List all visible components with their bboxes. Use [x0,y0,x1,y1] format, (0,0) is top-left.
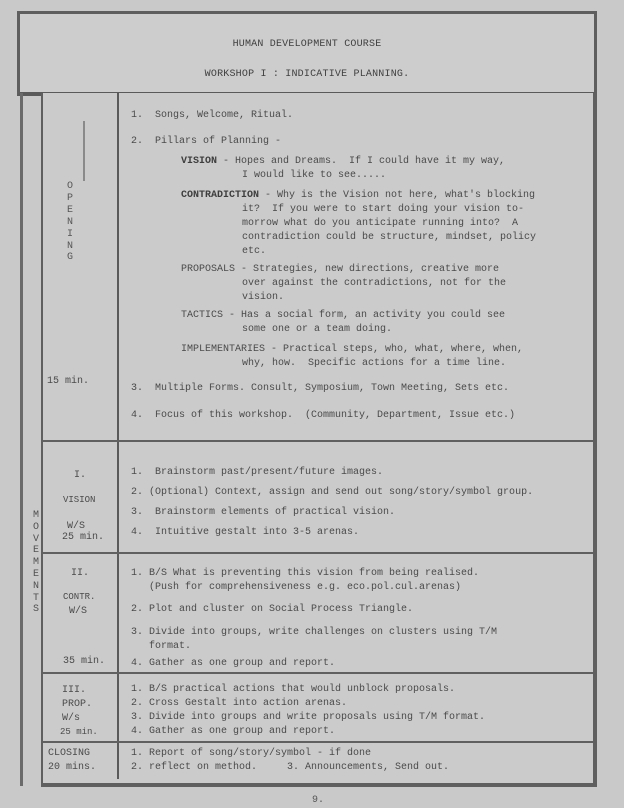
implementaries-text: - Practical steps, who, what, where, whe… [265,344,523,355]
proposals-item-3: 3. Divide into groups and write proposal… [131,712,485,723]
implementaries-text-2: why, how. Specific actions for a time li… [242,358,506,369]
vision-num: I. [74,470,86,481]
contradiction-term: CONTRADICTION [181,190,259,201]
vision-item-1: 1. Brainstorm past/present/future images… [131,467,383,478]
vision-term: VISION [181,156,217,167]
contradiction-ws: W/S [69,606,87,617]
contradiction-definition: CONTRADICTION - Why is the Vision not he… [181,190,535,201]
vision-label-cell: I. VISION W/S 25 min. [43,442,119,552]
closing-time: 20 mins. [48,762,96,773]
contradiction-item-1: 1. B/S What is preventing this vision fr… [131,568,479,579]
proposals-term: PROPOSALS [181,264,235,275]
proposals-name: PROP. [62,699,92,710]
proposals-definition: PROPOSALS - Strategies, new directions, … [181,264,499,275]
vision-item-4: 4. Intuitive gestalt into 3-5 arenas. [131,527,359,538]
vision-time: 25 min. [62,532,104,543]
proposals-content: 1. B/S practical actions that would unbl… [119,674,593,741]
tactics-term: TACTICS [181,310,223,321]
contradiction-item-1b: (Push for comprehensiveness e.g. eco.pol… [131,582,461,593]
opening-item-4: 4. Focus of this workshop. (Community, D… [131,410,515,421]
contradiction-content: 1. B/S What is preventing this vision fr… [119,554,593,672]
opening-content: 1. Songs, Welcome, Ritual. 2. Pillars of… [119,93,593,440]
closing-label-cell: CLOSING 20 mins. [43,743,119,779]
row-opening: OPENING 15 min. 1. Songs, Welcome, Ritua… [43,93,593,442]
proposals-num: III. [62,685,86,696]
vision-text-2: I would like to see..... [242,170,386,181]
contradiction-item-3: 3. Divide into groups, write challenges … [131,627,497,638]
closing-name: CLOSING [48,748,90,759]
proposals-item-1: 1. B/S practical actions that would unbl… [131,684,455,695]
proposals-item-4: 4. Gather as one group and report. [131,726,335,737]
contradiction-item-4: 4. Gather as one group and report. [131,658,335,669]
contradiction-text-4: contradiction could be structure, mindse… [242,232,536,243]
opening-item-2: 2. Pillars of Planning - [131,136,281,147]
document-page: HUMAN DEVELOPMENT COURSE WORKSHOP I : IN… [0,0,624,808]
opening-item-3: 3. Multiple Forms. Consult, Symposium, T… [131,383,509,394]
opening-label-cell: OPENING 15 min. [43,93,119,440]
implementaries-term: IMPLEMENTARIES [181,344,265,355]
proposals-text-3: vision. [242,292,284,303]
tactics-text: - Has a social form, an activity you cou… [223,310,505,321]
row-contradiction: II. CONTR. W/S 35 min. 1. B/S What is pr… [43,554,593,674]
contradiction-text: - Why is the Vision not here, what's blo… [259,190,535,201]
closing-item-1: 1. Report of song/story/symbol - if done [131,748,371,759]
header-box: HUMAN DEVELOPMENT COURSE WORKSHOP I : IN… [17,11,597,96]
proposals-time: 25 min. [60,727,98,737]
proposals-label-cell: III. PROP. W/s 25 min. [43,674,119,741]
opening-label: OPENING [65,181,75,264]
closing-content: 1. Report of song/story/symbol - if done… [119,743,593,779]
course-title: HUMAN DEVELOPMENT COURSE [20,39,594,50]
vision-definition: VISION - Hopes and Dreams. If I could ha… [181,156,505,167]
workshop-title: WORKSHOP I : INDICATIVE PLANNING. [20,69,594,80]
tactics-text-2: some one or a team doing. [242,324,392,335]
closing-item-2: 2. reflect on method. 3. Announcements, … [131,762,449,773]
contradiction-time: 35 min. [63,656,105,667]
page-number: 9. [312,795,324,806]
proposals-item-2: 2. Cross Gestalt into action arenas. [131,698,347,709]
contradiction-text-3: morrow what do you anticipate running in… [242,218,518,229]
vision-item-3: 3. Brainstorm elements of practical visi… [131,507,395,518]
row-vision: I. VISION W/S 25 min. 1. Brainstorm past… [43,442,593,554]
tactics-definition: TACTICS - Has a social form, an activity… [181,310,505,321]
contradiction-item-3b: format. [131,641,191,652]
vision-item-2: 2. (Optional) Context, assign and send o… [131,487,533,498]
vision-text: - Hopes and Dreams. If I could have it m… [217,156,505,167]
pen-mark [83,121,85,181]
contradiction-item-2: 2. Plot and cluster on Social Process Tr… [131,604,413,615]
vision-name: VISION [63,495,95,505]
contradiction-text-2: it? If you were to start doing your visi… [242,204,524,215]
schedule-table: OPENING 15 min. 1. Songs, Welcome, Ritua… [41,93,597,787]
contradiction-label-cell: II. CONTR. W/S 35 min. [43,554,119,672]
contradiction-text-5: etc. [242,246,266,257]
opening-time: 15 min. [47,376,89,387]
contradiction-num: II. [71,568,89,579]
implementaries-definition: IMPLEMENTARIES - Practical steps, who, w… [181,344,523,355]
vision-ws: W/S [67,521,85,532]
row-closing: CLOSING 20 mins. 1. Report of song/story… [43,743,593,779]
opening-item-1: 1. Songs, Welcome, Ritual. [131,110,293,121]
vision-content: 1. Brainstorm past/present/future images… [119,442,593,552]
proposals-text-2: over against the contradictions, not for… [242,278,506,289]
proposals-ws: W/s [62,713,80,724]
proposals-text: - Strategies, new directions, creative m… [235,264,499,275]
contradiction-name: CONTR. [63,592,95,602]
row-proposals: III. PROP. W/s 25 min. 1. B/S practical … [43,674,593,743]
